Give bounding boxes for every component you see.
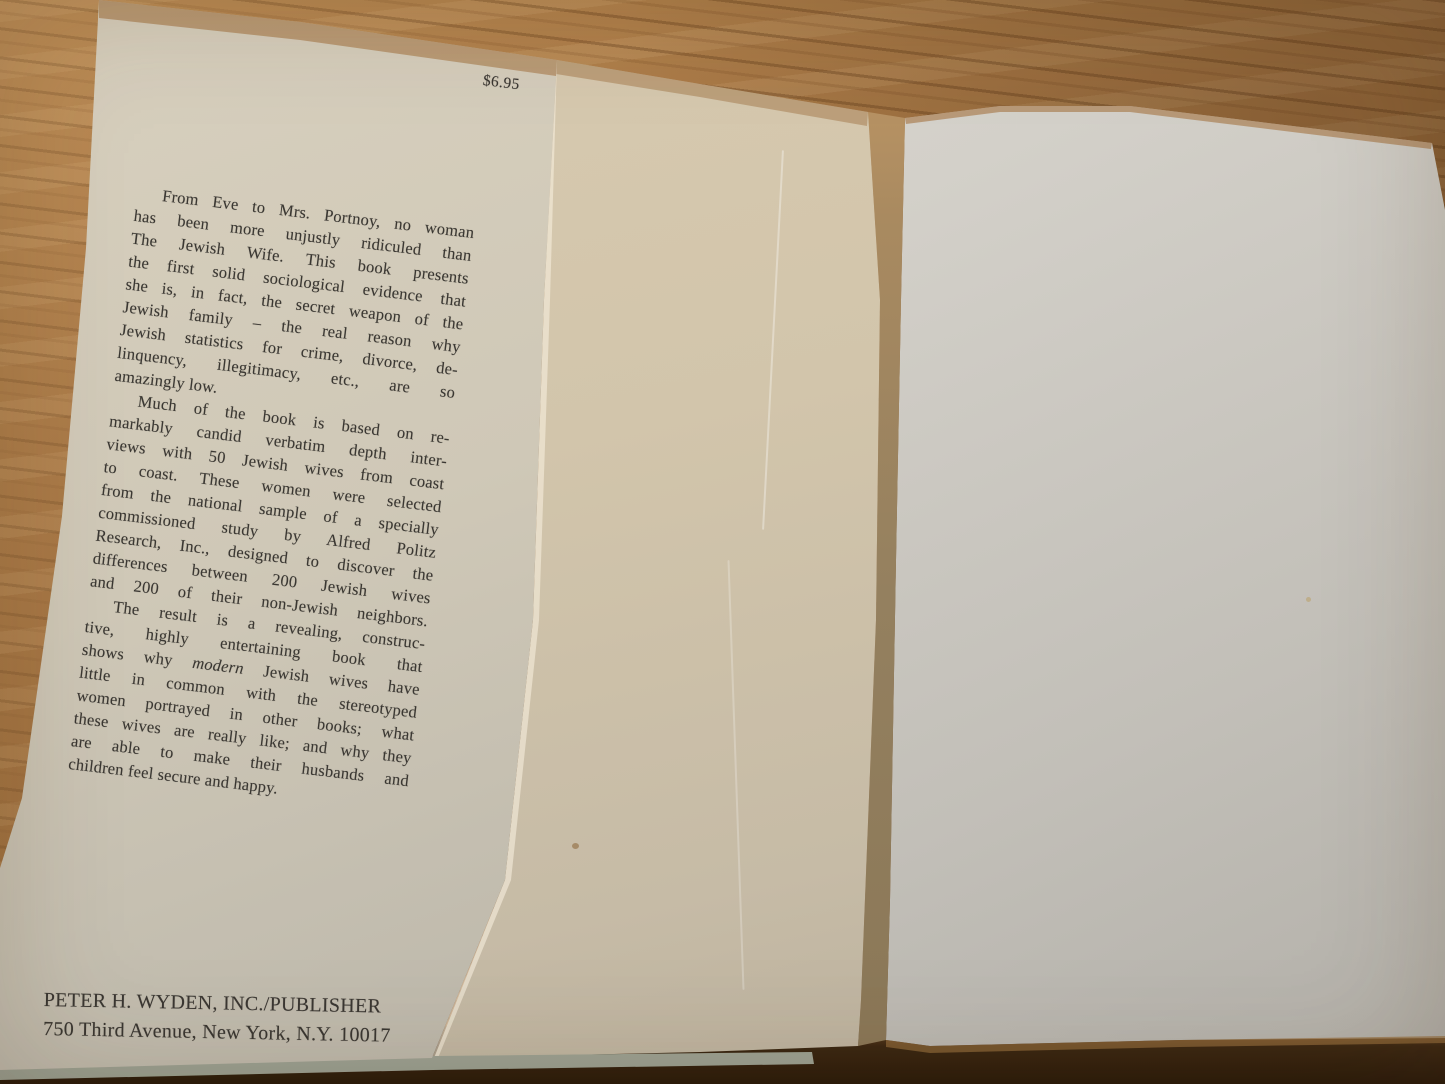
flap-blurb-text: From Eve to Mrs. Portnoy, no womanhas be… (67, 181, 475, 815)
endpaper-stain-speck (572, 843, 579, 849)
publisher-block: PETER H. WYDEN, INC./PUBLISHER 750 Third… (43, 986, 484, 1052)
book-photo: $6.95 From Eve to Mrs. Portnoy, no woman… (0, 0, 1445, 1084)
page-stain-speck (1306, 597, 1311, 602)
